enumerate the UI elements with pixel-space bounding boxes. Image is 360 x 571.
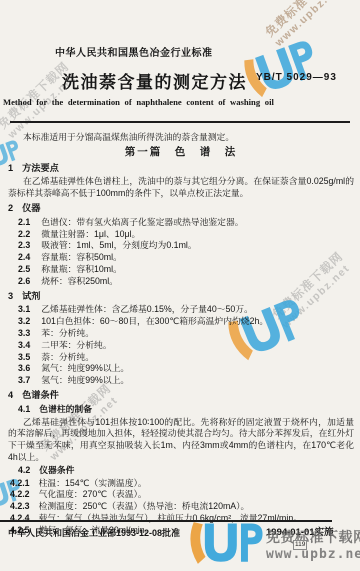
item-text: 微量注射器：1μl、10μl。 bbox=[41, 229, 354, 241]
section-title: 色谱条件 bbox=[22, 390, 59, 400]
watermark-site-name: 免费标准下载网 bbox=[261, 0, 360, 40]
list-item: 2.1色谱仪：带有氢火焰离子化鉴定器或热导池鉴定器。 bbox=[18, 217, 354, 229]
section-title: 试剂 bbox=[22, 291, 40, 301]
item-text: 101白色担体：60～80目，在300℃箱形高温炉内灼烧2h。 bbox=[41, 316, 354, 328]
page-number: 119 bbox=[293, 540, 307, 550]
scope-statement: 本标准适用于分馏高温煤焦油所得洗油的萘含量测定。 bbox=[8, 132, 354, 144]
item-number: 2.4 bbox=[18, 252, 30, 264]
subsection-title: 仪器条件 bbox=[39, 465, 74, 475]
subsection-heading-4-1: 4.1色谱柱的制备 bbox=[18, 404, 354, 416]
section-title: 仪器 bbox=[22, 203, 40, 213]
standard-number: YB/T 5029—93 bbox=[256, 72, 337, 83]
section-number: 3 bbox=[8, 291, 13, 301]
list-item: 2.3吸液管：1ml、5ml，分刻度均为0.1ml。 bbox=[18, 240, 354, 252]
subsection-heading-4-2: 4.2仪器条件 bbox=[18, 465, 354, 477]
item-number: 4.2.3 bbox=[10, 501, 30, 513]
item-text: 载气：氮气（热导池为氢气），柱前压力0.6kg/cm²，流量27ml/min。 bbox=[39, 513, 354, 525]
item-number: 2.6 bbox=[18, 276, 30, 288]
list-item: 3.3苯：分析纯。 bbox=[18, 328, 354, 340]
section-number: 4 bbox=[8, 390, 13, 400]
standard-document-page: 免费标准下载网 www.upbz.net 免费标准下载网 www.upbz.ne… bbox=[0, 0, 360, 571]
item-number: 2.5 bbox=[18, 264, 30, 276]
item-text: 气化温度：270℃（表温）。 bbox=[39, 489, 354, 501]
item-number: 3.5 bbox=[18, 352, 30, 364]
item-text: 称量瓶：容积10ml。 bbox=[41, 264, 354, 276]
watermark-site-text-top-right: 免费标准下载网 www.upbz.net bbox=[261, 0, 360, 49]
item-number: 4.2.1 bbox=[10, 478, 30, 490]
item-number: 3.2 bbox=[18, 316, 30, 328]
list-item: 3.2101白色担体：60～80目，在300℃箱形高温炉内灼烧2h。 bbox=[18, 316, 354, 328]
item-number: 2.2 bbox=[18, 229, 30, 241]
english-title: Method for the determination of naphthal… bbox=[3, 97, 274, 107]
item-text: 萘：分析纯。 bbox=[41, 352, 354, 364]
section-number: 2 bbox=[8, 203, 13, 213]
list-item: 3.1乙烯基硅弹性体：含乙烯基0.15%，分子量40～50万。 bbox=[18, 304, 354, 316]
item-text: 色谱仪：带有氢火焰离子化鉴定器或热导池鉴定器。 bbox=[41, 217, 354, 229]
item-number: 3.3 bbox=[18, 328, 30, 340]
section-heading-3: 3试剂 bbox=[8, 291, 354, 303]
section-heading-4: 4色谱条件 bbox=[8, 390, 354, 402]
header-divider bbox=[10, 121, 350, 123]
item-text: 氮气：纯度99%以上。 bbox=[41, 363, 354, 375]
list-item: 3.6氮气：纯度99%以上。 bbox=[18, 363, 354, 375]
item-number: 3.4 bbox=[18, 340, 30, 352]
subsection-number: 4.2 bbox=[18, 465, 30, 475]
subsection-4-1-paragraph: 乙烯基硅弹性体与101担体按10∶100的配比。先将称好的固定液置于烧杯内，加适… bbox=[8, 417, 354, 464]
approval-statement: 中华人民共和国冶金工业部1993-12-08批准 bbox=[8, 526, 180, 539]
item-number: 3.1 bbox=[18, 304, 30, 316]
list-item: 3.5萘：分析纯。 bbox=[18, 352, 354, 364]
item-number: 4.2.4 bbox=[10, 513, 30, 525]
watermark-site-url: www.upbz.net bbox=[266, 547, 360, 562]
list-item: 4.2.4载气：氮气（热导池为氢气），柱前压力0.6kg/cm²，流量27ml/… bbox=[10, 513, 354, 525]
document-body: 本标准适用于分馏高温煤焦油所得洗油的萘含量测定。 第一篇 色 谱 法 1方法要点… bbox=[8, 130, 354, 537]
list-item: 2.6烧杯：容积250ml。 bbox=[18, 276, 354, 288]
item-text: 容量瓶：容积50ml。 bbox=[41, 252, 354, 264]
item-number: 4.2.2 bbox=[10, 489, 30, 501]
list-item: 2.4容量瓶：容积50ml。 bbox=[18, 252, 354, 264]
list-item: 3.7氢气：纯度99%以上。 bbox=[18, 375, 354, 387]
section-1-paragraph: 在乙烯基硅弹性体色谱柱上，洗油中的萘与其它组分分离。在保证萘含量0.025g/m… bbox=[8, 176, 354, 200]
item-text: 烧杯：容积250ml。 bbox=[41, 276, 354, 288]
subsection-number: 4.1 bbox=[18, 404, 30, 414]
footer-divider bbox=[0, 520, 332, 522]
standard-class-heading: 中华人民共和国黑色冶金行业标准 bbox=[55, 44, 213, 59]
item-number: 2.3 bbox=[18, 240, 30, 252]
item-text: 检测温度：250℃（表温）（热导池：桥电流120mA）。 bbox=[39, 501, 354, 513]
document-title: 洗油萘含量的测定方法 bbox=[62, 68, 247, 93]
item-text: 吸液管：1ml、5ml，分刻度均为0.1ml。 bbox=[41, 240, 354, 252]
section-number: 1 bbox=[8, 163, 13, 173]
item-text: 苯：分析纯。 bbox=[41, 328, 354, 340]
part-heading: 第一篇 色 谱 法 bbox=[8, 147, 354, 159]
item-number: 2.1 bbox=[18, 217, 30, 229]
item-text: 氢气：纯度99%以上。 bbox=[41, 375, 354, 387]
list-item: 2.5称量瓶：容积10ml。 bbox=[18, 264, 354, 276]
implementation-date: 1994-01-01实施 bbox=[266, 524, 334, 538]
item-number: 3.7 bbox=[18, 375, 30, 387]
watermark-site-url: www.upbz.net bbox=[273, 0, 360, 49]
list-item: 3.4二甲苯：分析纯。 bbox=[18, 340, 354, 352]
list-item: 4.2.3检测温度：250℃（表温）（热导池：桥电流120mA）。 bbox=[10, 501, 354, 513]
section-title: 方法要点 bbox=[22, 163, 59, 173]
list-item: 4.2.2气化温度：270℃（表温）。 bbox=[10, 489, 354, 501]
list-item: 2.2微量注射器：1μl、10μl。 bbox=[18, 229, 354, 241]
item-number: 3.6 bbox=[18, 363, 30, 375]
item-text: 柱温：154℃（实测温度）。 bbox=[39, 478, 354, 490]
item-text: 二甲苯：分析纯。 bbox=[41, 340, 354, 352]
list-item: 4.2.1柱温：154℃（实测温度）。 bbox=[10, 478, 354, 490]
subsection-title: 色谱柱的制备 bbox=[39, 404, 92, 414]
item-text: 乙烯基硅弹性体：含乙烯基0.15%，分子量40～50万。 bbox=[41, 304, 354, 316]
section-heading-1: 1方法要点 bbox=[8, 163, 354, 175]
section-heading-2: 2仪器 bbox=[8, 203, 354, 215]
